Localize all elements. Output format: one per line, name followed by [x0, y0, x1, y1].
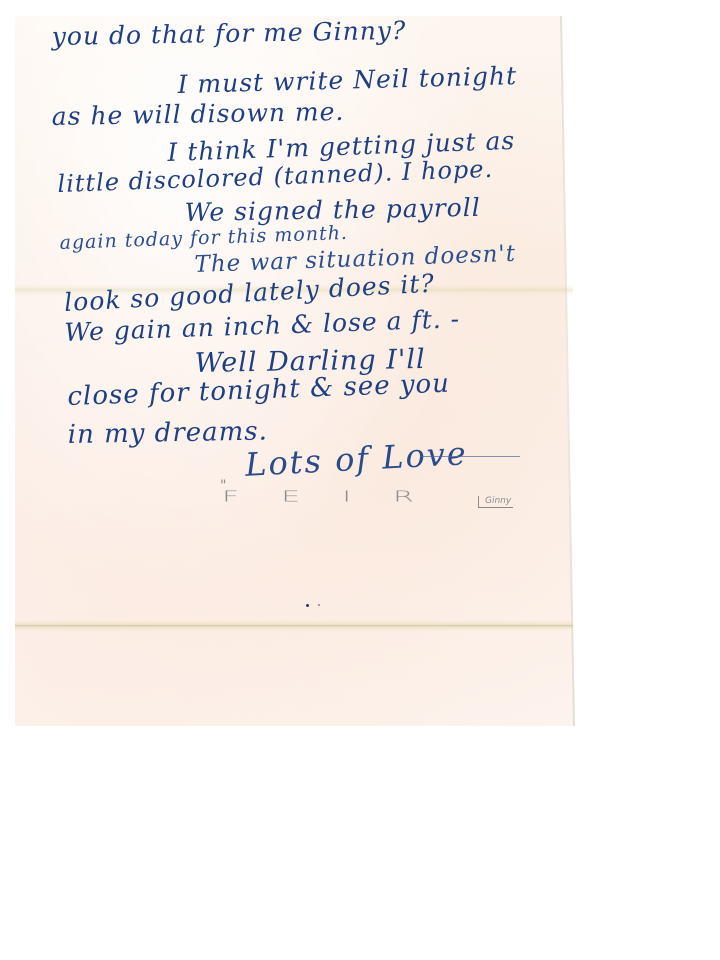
- letter-line-3: as he will disown me.: [51, 97, 344, 131]
- paper-fold-lower: [15, 620, 573, 632]
- pencil-letters: FEIR: [222, 488, 456, 506]
- fold-crease: [15, 625, 573, 626]
- ink-speck: [318, 604, 320, 606]
- letter-line-1: you do that for me Ginny?: [51, 16, 406, 51]
- ink-speck: [306, 604, 309, 607]
- signature-flourish: [420, 456, 520, 457]
- letter-line-13: in my dreams.: [67, 417, 268, 450]
- pencil-name-tag: Ginny: [478, 496, 513, 508]
